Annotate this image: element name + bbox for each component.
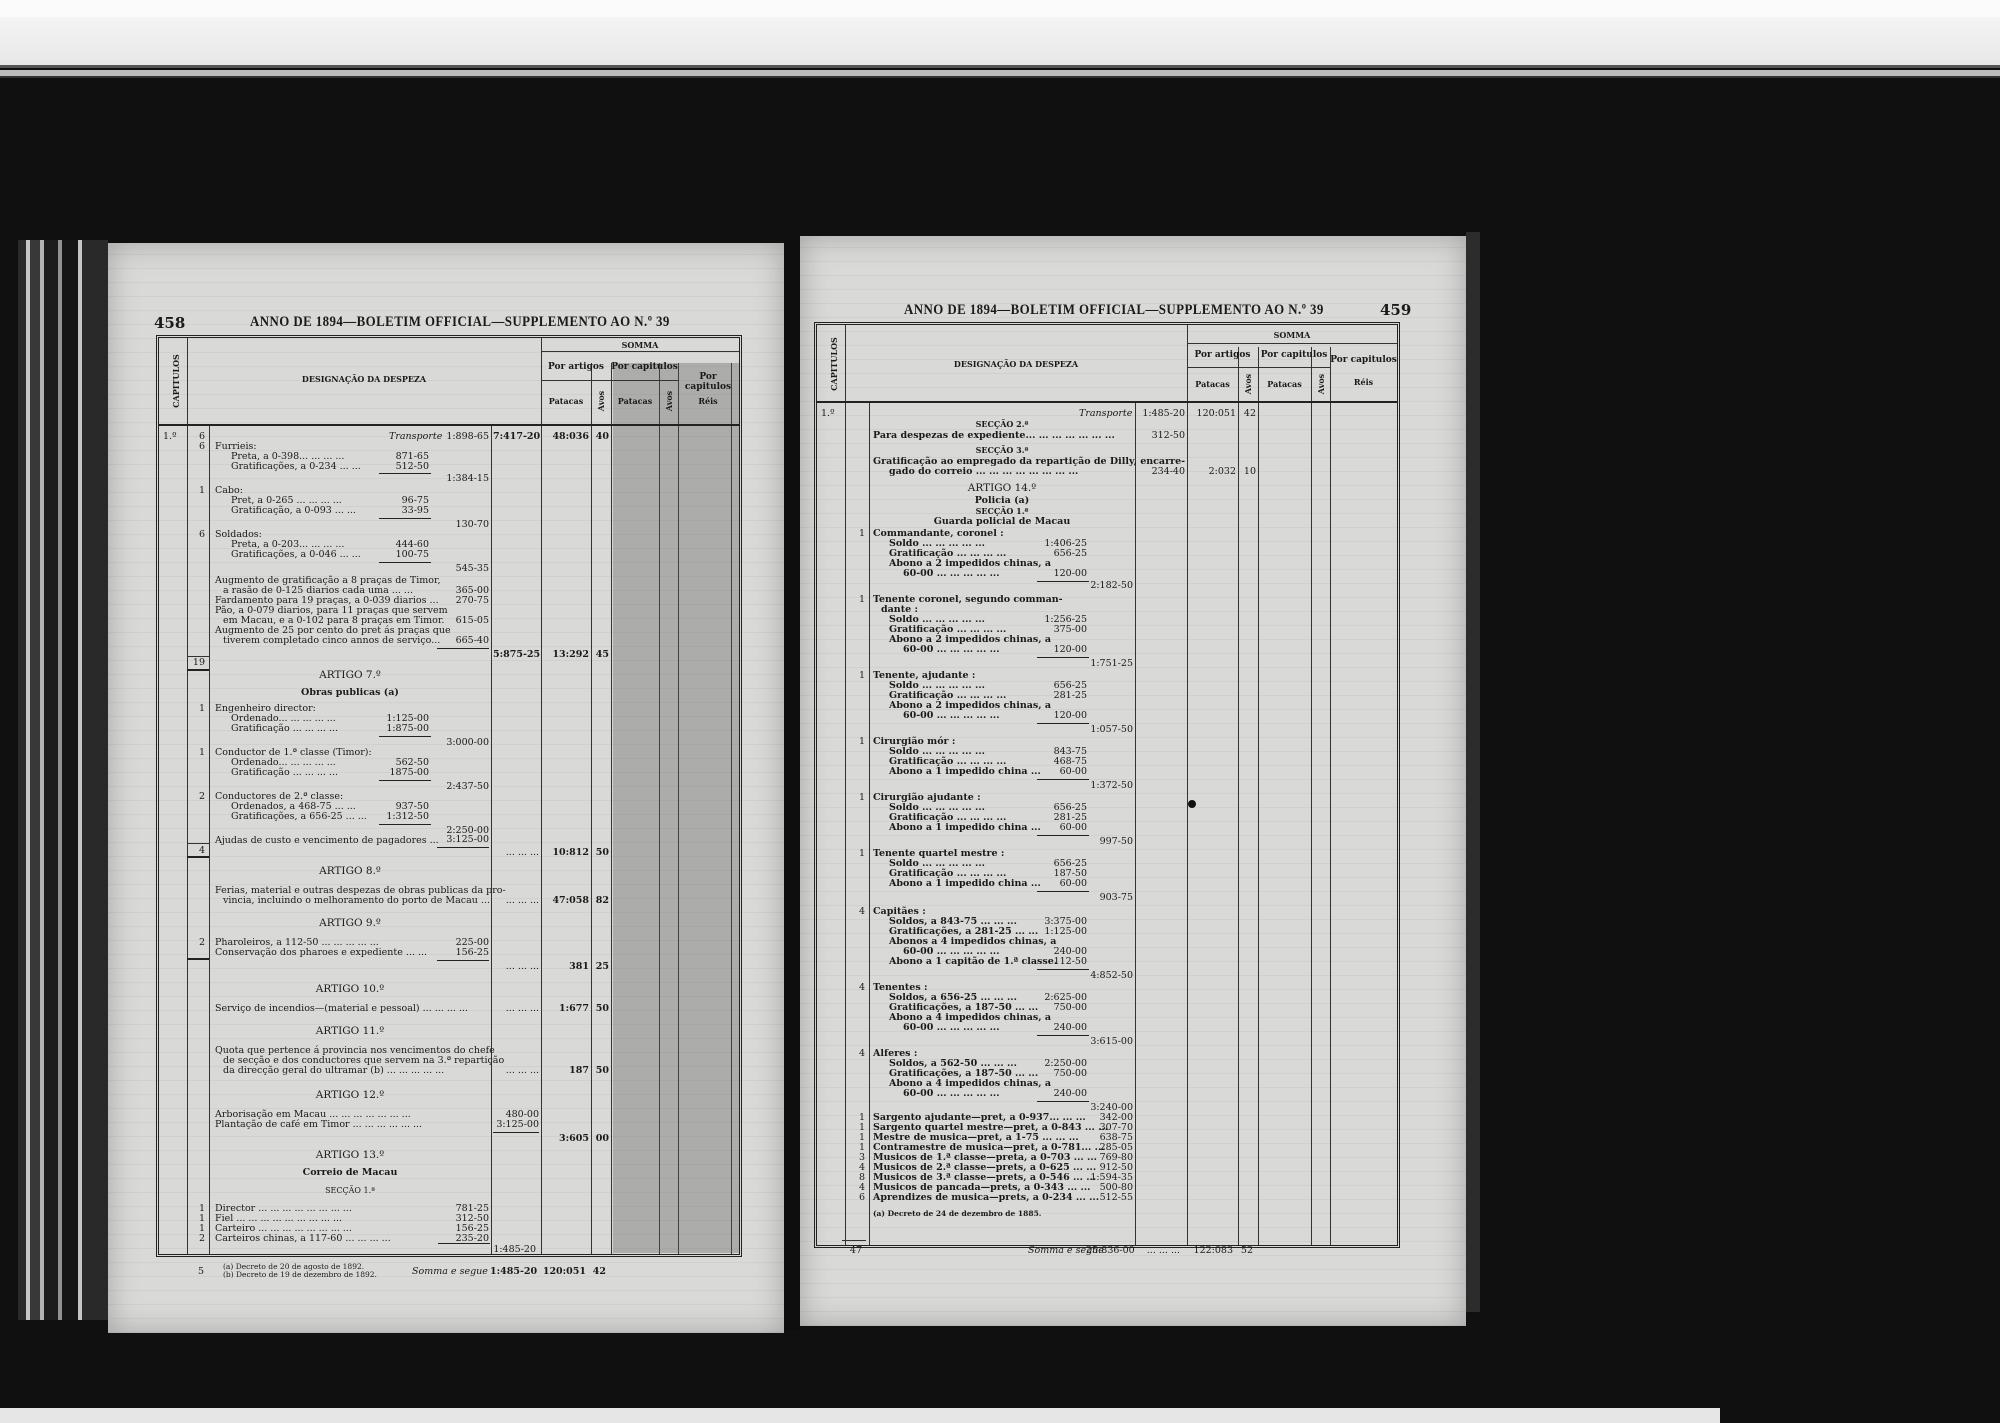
book-spine-edge [18, 240, 108, 1320]
header-avos-2: Avos [1316, 374, 1326, 394]
expense-table: CAPITULOS DESIGNAÇÃO DA DESPEZA SOMMA Po… [156, 335, 742, 1257]
header-por-artigos: Por artigos [541, 362, 611, 372]
right-page: ANNO DE 1894—BOLETIM OFFICIAL—SUPPLEMENT… [800, 236, 1466, 1326]
running-title: ANNO DE 1894—BOLETIM OFFICIAL—SUPPLEMENT… [250, 314, 670, 331]
capitulo-number: 1.º [821, 409, 835, 419]
scan-top-edge [0, 70, 2000, 78]
transport-article-value: 7:417-20 [493, 432, 539, 442]
footer-count-total: 47 [842, 1246, 862, 1256]
book-gutter [784, 240, 800, 1330]
left-page: 458 ANNO DE 1894—BOLETIM OFFICIAL—SUPPLE… [108, 243, 784, 1333]
footer-subtotal: 25:836-00 [1086, 1246, 1132, 1256]
header-por-capitulos: Por capitulos [611, 362, 678, 372]
header-somma: SOMMA [541, 340, 739, 350]
header-avos: Avos [596, 391, 606, 411]
header-somma: SOMMA [1187, 330, 1397, 340]
header-por-capitulos-reis: Por capitulos [1330, 355, 1397, 365]
footnote-b: (b) Decreto de 19 de dezembro de 1892. [223, 1271, 377, 1279]
count-total: 19 [187, 658, 205, 668]
article-14-subtitle: Policia (a) [869, 496, 1135, 506]
transport-col: 1:485-20 [1137, 409, 1185, 419]
book-right-edge [1466, 232, 1480, 1312]
header-avos: Avos [1243, 374, 1253, 394]
expense-table: CAPITULOS DESIGNAÇÃO DA DESPEZA SOMMA Po… [814, 322, 1400, 1248]
header-capitulos: CAPITULOS [829, 337, 839, 391]
footer-count-total: 5 [186, 1267, 204, 1277]
footer-avos: 52 [1237, 1246, 1253, 1256]
header-reis: Réis [678, 396, 738, 406]
footer-patacas: 122:083 [1186, 1246, 1233, 1256]
article-14-title: ARTIGO 14.º [869, 483, 1135, 493]
header-por-artigos: Por artigos [1187, 350, 1258, 360]
header-patacas-2: Patacas [611, 396, 659, 406]
header-designacao: DESIGNAÇÃO DA DESPEZA [845, 359, 1187, 369]
scan-top-margin [0, 0, 2000, 17]
scan-top-band [0, 17, 2000, 68]
article-subtitle: Obras publicas (a) [209, 688, 491, 698]
header-patacas: Patacas [1187, 379, 1238, 389]
transport-label: Transporte [1079, 409, 1132, 419]
footnote-a: (a) Decreto de 24 de dezembro de 1885. [873, 1209, 1041, 1219]
header-designacao: DESIGNAÇÃO DA DESPEZA [187, 374, 541, 384]
article-title: ARTIGO 7.º [209, 670, 491, 680]
transport-patacas: 48:036 [543, 432, 589, 442]
transport-patacas: 120:051 [1189, 409, 1236, 419]
header-reis: Réis [1330, 377, 1397, 387]
page-number: 458 [154, 314, 185, 332]
header-avos-2: Avos [664, 391, 674, 411]
transport-avos: 40 [593, 432, 609, 442]
seccao-2-text: Para despezas de expediente... ... ... .… [873, 431, 1115, 441]
scan-shadow [613, 363, 739, 1253]
footer-col: ... ... ... [1134, 1246, 1180, 1256]
header-patacas: Patacas [541, 396, 591, 406]
seccao-2-title: SECÇÃO 2.ª [869, 419, 1135, 429]
header-por-capitulos: Por capitulos [1258, 350, 1330, 360]
running-title: ANNO DE 1894—BOLETIM OFFICIAL—SUPPLEMENT… [904, 302, 1324, 319]
article-6-total: 5:875-25 [493, 650, 539, 660]
footer-col: 1:485-20 [490, 1267, 536, 1277]
page-number: 459 [1380, 301, 1411, 319]
header-por-capitulos-reis: Por capitulos [678, 372, 738, 392]
footer-patacas: 120:051 [540, 1267, 586, 1277]
transport-avos: 42 [1240, 409, 1256, 419]
transport-value: 1:898-65 [429, 432, 489, 442]
footer-avos: 42 [590, 1267, 606, 1277]
capitulo-number: 1.º [163, 432, 177, 442]
scan-bottom-strip [0, 1408, 1720, 1423]
header-patacas-2: Patacas [1258, 379, 1311, 389]
header-capitulos: CAPITULOS [171, 354, 181, 408]
seccao-3-title: SECÇÃO 3.ª [869, 445, 1135, 455]
somma-e-segue-label: Somma e segue [412, 1267, 488, 1277]
article-13-col-total: 1:485-20 [490, 1245, 536, 1255]
ink-blot [1188, 800, 1196, 808]
article-7-total: 10:812 [543, 848, 589, 858]
